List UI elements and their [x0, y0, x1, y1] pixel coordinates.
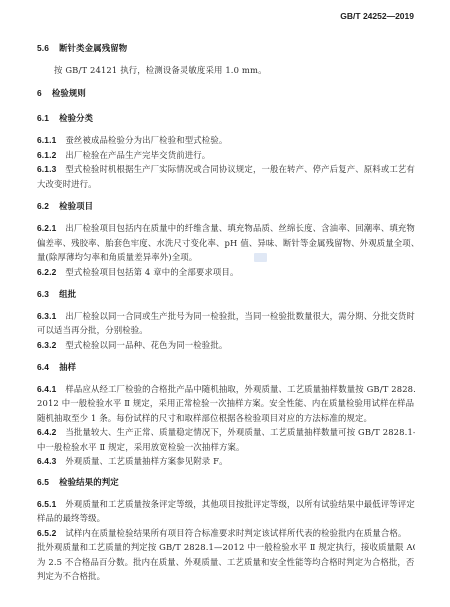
clause-6-4-1: 6.4.1样品应从经工厂检验的合格批产品中随机抽取，外观质量、工艺质量抽样数量按… [37, 384, 415, 395]
section-number: 5.6 [37, 43, 49, 54]
section-heading-6-4: 6.4抽样 [37, 362, 415, 373]
clause-text: 型式检验时机根据生产厂实际情况或合同协议规定，一般在转产、停产后复产、原料或工艺… [65, 164, 415, 174]
clause-text-continued: 批外观质量和工艺质量的判定按 GB/T 2828.1—2012 中一般检验水平 … [37, 542, 415, 553]
clause-text: 当批量较大、生产正常、质量稳定情况下，外观质量、工艺质量抽样数量可按 GB/T … [65, 427, 415, 437]
clause-text-continued: 判定为不合格批。 [37, 571, 415, 582]
clause-text: 出厂检验在产品生产完毕交货前进行。 [65, 150, 210, 160]
section-title: 抽样 [59, 362, 76, 372]
clause-number: 6.1.1 [37, 135, 56, 146]
section-heading-6-2: 6.2检验项目 [37, 201, 415, 212]
clause-text-continued: 量(除厚薄均匀率和角质量差异率外)全项。 [37, 252, 415, 263]
section-title: 组批 [59, 289, 76, 299]
clause-text-continued: 2012 中一般检验水平 Ⅱ 规定，采用正常检验一次抽样方案。安全性能、内在质量… [37, 398, 415, 409]
clause-text: 外观质量和工艺质量按条评定等级，其他项目按批评定等级，以所有试验结果中最低评等评… [65, 499, 415, 509]
clause-text-continued: 可以适当再分批，分别检验。 [37, 325, 415, 336]
clause-6-4-2: 6.4.2当批量较大、生产正常、质量稳定情况下，外观质量、工艺质量抽样数量可按 … [37, 427, 415, 438]
clause-6-4-3: 6.4.3外观质量、工艺质量抽样方案参见附录 F。 [37, 456, 415, 467]
clause-text: 出厂检验以同一合同或生产批号为同一检验批，当同一检验批数量很大，需分期、分批交货… [65, 311, 415, 321]
section-title: 检验规则 [52, 88, 86, 98]
standard-code-header: GB/T 24252—2019 [340, 11, 414, 21]
clause-number: 6.5.1 [37, 499, 56, 510]
section-number: 6.5 [37, 477, 49, 488]
clause-text: 蚕丝被成品检验分为出厂检验和型式检验。 [65, 135, 227, 145]
paragraph: 按 GB/T 24121 执行，检测设备灵敏度采用 1.0 mm。 [54, 65, 432, 76]
clause-text: 外观质量、工艺质量抽样方案参见附录 F。 [65, 456, 227, 466]
clause-text: 样品应从经工厂检验的合格批产品中随机抽取，外观质量、工艺质量抽样数量按 GB/T… [65, 384, 415, 394]
clause-text-continued: 随机抽取至少 1 条。每份试样的尺寸和取样部位根据各检验项目对应的方法标准的规定… [37, 413, 415, 424]
clause-number: 6.3.2 [37, 340, 56, 351]
clause-number: 6.2.1 [37, 223, 56, 234]
clause-number: 6.5.2 [37, 528, 56, 539]
section-title: 检验项目 [59, 201, 93, 211]
section-heading-6-5: 6.5检验结果的判定 [37, 477, 415, 488]
clause-text-continued: 中一般检验水平 Ⅱ 规定，采用放宽检验一次抽样方案。 [37, 442, 415, 453]
clause-6-3-1: 6.3.1出厂检验以同一合同或生产批号为同一检验批，当同一检验批数量很大，需分期… [37, 311, 415, 322]
section-title: 断针类金属残留物 [59, 43, 127, 53]
section-number: 6.3 [37, 289, 49, 300]
clause-text-continued: 样品的最终等级。 [37, 513, 415, 524]
clause-6-5-1: 6.5.1外观质量和工艺质量按条评定等级，其他项目按批评定等级，以所有试验结果中… [37, 499, 415, 510]
clause-number: 6.4.2 [37, 427, 56, 438]
clause-6-1-1: 6.1.1蚕丝被成品检验分为出厂检验和型式检验。 [37, 135, 415, 146]
document-page: GB/T 24252—2019 5.6断针类金属残留物 按 GB/T 24121… [0, 0, 450, 607]
clause-6-3-2: 6.3.2型式检验以同一品种、花色为同一检验批。 [37, 340, 415, 351]
section-heading-6-3: 6.3组批 [37, 289, 415, 300]
clause-text: 型式检验以同一品种、花色为同一检验批。 [65, 340, 227, 350]
clause-6-2-2: 6.2.2型式检验项目包括第 4 章中的全部要求项目。 [37, 267, 415, 278]
section-heading-6-1: 6.1检验分类 [37, 113, 415, 124]
clause-text-continued: 偏差率、残胶率、胎套色牢度、水洗尺寸变化率、pH 值、异味、断针等金属残留物、外… [37, 238, 415, 249]
clause-6-2-1: 6.2.1出厂检验项目包括内在质量中的纤维含量、填充物品质、丝绵长度、含油率、回… [37, 223, 415, 234]
clause-number: 6.3.1 [37, 311, 56, 322]
clause-text: 出厂检验项目包括内在质量中的纤维含量、填充物品质、丝绵长度、含油率、回潮率、填充… [65, 223, 415, 233]
section-number: 6.4 [37, 362, 49, 373]
chapter-heading-6: 6检验规则 [37, 88, 415, 99]
clause-6-5-2: 6.5.2试样内在质量检验结果所有项目符合标准要求时判定该试样所代表的检验批内在… [37, 528, 415, 539]
clause-number: 6.1.3 [37, 164, 56, 175]
clause-number: 6.4.1 [37, 384, 56, 395]
section-number: 6 [37, 88, 42, 99]
section-number: 6.2 [37, 201, 49, 212]
clause-text-continued: 为 2.5 不合格品百分数。批内在质量、外观质量、工艺质量和安全性能等均合格时判… [37, 557, 415, 568]
clause-number: 6.4.3 [37, 456, 56, 467]
section-heading-5-6: 5.6断针类金属残留物 [37, 43, 415, 54]
clause-6-1-2: 6.1.2出厂检验在产品生产完毕交货前进行。 [37, 150, 415, 161]
section-number: 6.1 [37, 113, 49, 124]
clause-number: 6.1.2 [37, 150, 56, 161]
section-title: 检验分类 [59, 113, 93, 123]
clause-6-1-3: 6.1.3型式检验时机根据生产厂实际情况或合同协议规定，一般在转产、停产后复产、… [37, 164, 415, 175]
section-title: 检验结果的判定 [59, 477, 119, 487]
clause-text: 型式检验项目包括第 4 章中的全部要求项目。 [65, 267, 238, 277]
watermark-logo [254, 253, 267, 262]
clause-text-continued: 大改变时进行。 [37, 179, 415, 190]
clause-number: 6.2.2 [37, 267, 56, 278]
clause-text: 试样内在质量检验结果所有项目符合标准要求时判定该试样所代表的检验批内在质量合格。 [65, 528, 406, 538]
